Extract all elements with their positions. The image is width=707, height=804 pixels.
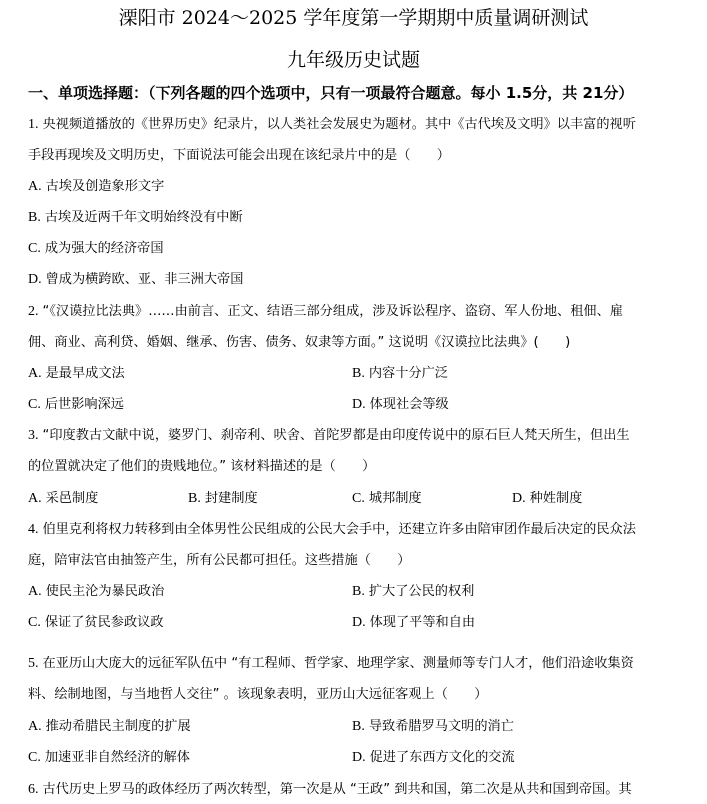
question-4-option-a[interactable]: A.使民主沦为暴民政治: [28, 584, 164, 600]
question-4-option-b[interactable]: B.扩大了公民的权利: [352, 584, 474, 600]
question-3-option-a[interactable]: A.采邑制度: [28, 491, 98, 507]
question-text: 央视频道播放的《世界历史》纪录片，以人类社会发展史为题材。其中《古代埃及文明》以…: [43, 117, 636, 132]
option-text: 体现了平等和自由: [370, 615, 476, 630]
option-letter: C.: [28, 397, 41, 412]
question-3-option-c[interactable]: C.城邦制度: [352, 491, 422, 507]
question-1-line-1: 1.央视频道播放的《世界历史》纪录片，以人类社会发展史为题材。其中《古代埃及文明…: [28, 117, 636, 133]
question-1-line-2: 手段再现埃及文明历史，下面说法可能会出现在该纪录片中的是（ ）: [28, 148, 450, 164]
question-text: 古代历史上罗马的政体经历了两次转型，第一次是从 “王政” 到共和国，第二次是从共…: [43, 782, 632, 797]
option-letter: A.: [28, 584, 42, 599]
option-text: 城邦制度: [369, 491, 422, 506]
question-number: 6.: [28, 782, 39, 797]
option-letter: D.: [28, 272, 42, 287]
exam-page: 溧阳市 2024～2025 学年度第一学期期中质量调研测试 九年级历史试题 一、…: [0, 0, 707, 804]
option-letter: A.: [28, 179, 42, 194]
question-1-option-a[interactable]: A.古埃及创造象形文字: [28, 179, 164, 195]
option-text: 内容十分广泛: [369, 366, 448, 381]
option-letter: D.: [352, 615, 366, 630]
option-text: 后世影响深远: [45, 397, 124, 412]
question-3-option-b[interactable]: B.封建制度: [188, 491, 258, 507]
question-number: 4.: [28, 522, 39, 537]
option-letter: C.: [28, 241, 41, 256]
question-4-line-2: 庭，陪审法官由抽签产生，所有公民都可担任。这些措施（ ）: [28, 553, 410, 569]
option-letter: B.: [352, 584, 365, 599]
exam-title: 溧阳市 2024～2025 学年度第一学期期中质量调研测试: [0, 3, 707, 30]
question-5-option-d[interactable]: D.促进了东西方文化的交流: [352, 750, 515, 766]
exam-subtitle: 九年级历史试题: [0, 45, 707, 72]
option-text: 曾成为横跨欧、亚、非三洲大帝国: [46, 272, 244, 287]
option-text: 促进了东西方文化的交流: [370, 750, 515, 765]
option-text: 古埃及创造象形文字: [46, 179, 165, 194]
question-1-option-d[interactable]: D.曾成为横跨欧、亚、非三洲大帝国: [28, 272, 243, 288]
question-1-option-c[interactable]: C.成为强大的经济帝国: [28, 241, 164, 257]
option-text: 保证了贫民参政议政: [45, 615, 164, 630]
question-2-option-c[interactable]: C.后世影响深远: [28, 397, 124, 413]
option-text: 加速亚非自然经济的解体: [45, 750, 190, 765]
question-2-option-b[interactable]: B.内容十分广泛: [352, 366, 448, 382]
option-letter: C.: [28, 615, 41, 630]
section-heading: 一、单项选择题：（下列各题的四个选项中，只有一项最符合题意。每小 1.5分，共 …: [28, 82, 633, 103]
option-letter: D.: [352, 397, 366, 412]
question-text: 伯里克利将权力转移到由全体男性公民组成的公民大会手中，还建立许多由陪审团作最后决…: [43, 522, 636, 537]
option-text: 是最早成文法: [46, 366, 125, 381]
option-letter: B.: [352, 366, 365, 381]
option-letter: C.: [28, 750, 41, 765]
question-5-option-c[interactable]: C.加速亚非自然经济的解体: [28, 750, 190, 766]
question-3-line-2: 的位置就决定了他们的贵贱地位。” 该材料描述的是（ ）: [28, 459, 375, 475]
option-letter: A.: [28, 719, 42, 734]
option-text: 使民主沦为暴民政治: [46, 584, 165, 599]
question-number: 3.: [28, 428, 39, 443]
option-text: 古埃及近两千年文明始终没有中断: [45, 210, 243, 225]
option-letter: C.: [352, 491, 365, 506]
option-letter: B.: [28, 210, 41, 225]
question-number: 1.: [28, 117, 39, 132]
question-4-option-d[interactable]: D.体现了平等和自由: [352, 615, 475, 631]
question-5-line-2: 料、绘制地图，与当地哲人交往” 。该现象表明，亚历山大远征客观上（ ）: [28, 687, 487, 703]
option-letter: A.: [28, 491, 42, 506]
question-4-line-1: 4.伯里克利将权力转移到由全体男性公民组成的公民大会手中，还建立许多由陪审团作最…: [28, 522, 636, 538]
question-number: 5.: [28, 656, 39, 671]
option-letter: A.: [28, 366, 42, 381]
question-6-line-1: 6.古代历史上罗马的政体经历了两次转型，第一次是从 “王政” 到共和国，第二次是…: [28, 782, 632, 798]
question-number: 2.: [28, 304, 39, 319]
question-3-line-1: 3.“印度教古文献中说，婆罗门、刹帝利、吠舍、首陀罗都是由印度传说中的原石巨人梵…: [28, 428, 630, 444]
option-text: 种姓制度: [530, 491, 583, 506]
question-3-option-d[interactable]: D.种姓制度: [512, 491, 582, 507]
question-2-line-1: 2.“《汉谟拉比法典》……由前言、正文、结语三部分组成，涉及诉讼程序、盗窃、军人…: [28, 304, 623, 320]
question-1-option-b[interactable]: B.古埃及近两千年文明始终没有中断: [28, 210, 243, 226]
option-text: 体现社会等级: [370, 397, 449, 412]
option-letter: D.: [352, 750, 366, 765]
question-2-option-d[interactable]: D.体现社会等级: [352, 397, 449, 413]
option-letter: D.: [512, 491, 526, 506]
question-2-option-a[interactable]: A.是最早成文法: [28, 366, 125, 382]
option-letter: B.: [188, 491, 201, 506]
option-text: 推动希腊民主制度的扩展: [46, 719, 191, 734]
question-text: 在亚历山大庞大的远征军队伍中 “有工程师、哲学家、地理学家、测量师等专门人才，他…: [43, 656, 634, 671]
option-letter: B.: [352, 719, 365, 734]
option-text: 成为强大的经济帝国: [45, 241, 164, 256]
option-text: 扩大了公民的权利: [369, 584, 475, 599]
question-2-line-2: 佣、商业、高利贷、婚姻、继承、伤害、债务、奴隶等方面。” 这说明《汉谟拉比法典》…: [28, 335, 570, 351]
question-5-option-b[interactable]: B.导致希腊罗马文明的消亡: [352, 719, 514, 735]
question-text: “《汉谟拉比法典》……由前言、正文、结语三部分组成，涉及诉讼程序、盗窃、军人份地…: [43, 304, 623, 319]
question-4-option-c[interactable]: C.保证了贫民参政议政: [28, 615, 164, 631]
question-text: “印度教古文献中说，婆罗门、刹帝利、吠舍、首陀罗都是由印度传说中的原石巨人梵天所…: [43, 428, 630, 443]
option-text: 导致希腊罗马文明的消亡: [369, 719, 514, 734]
question-5-option-a[interactable]: A.推动希腊民主制度的扩展: [28, 719, 191, 735]
option-text: 封建制度: [205, 491, 258, 506]
option-text: 采邑制度: [46, 491, 99, 506]
question-5-line-1: 5.在亚历山大庞大的远征军队伍中 “有工程师、哲学家、地理学家、测量师等专门人才…: [28, 656, 634, 672]
